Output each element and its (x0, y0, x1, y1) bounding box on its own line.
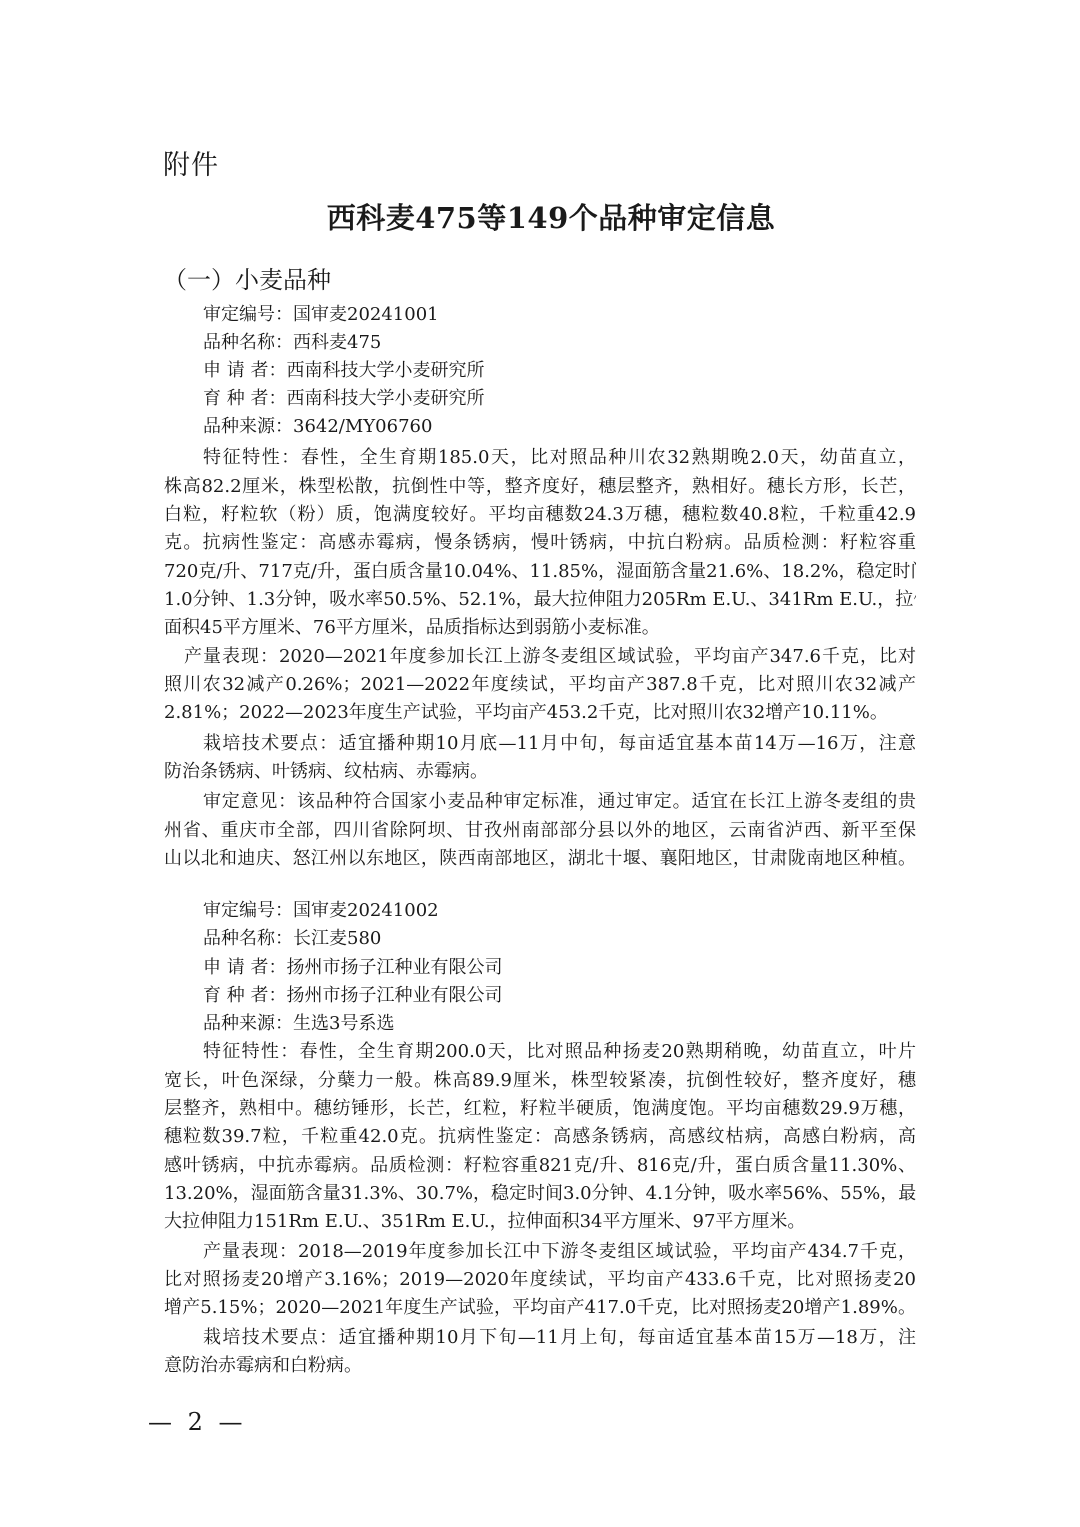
cultivation-text: 防治条锈病、叶锈病、纹枯病、赤霉病。 (164, 758, 916, 786)
characteristics-text: 株高82.2厘米，株型松散，抗倒性中等，整齐度好，穗层整齐，熟相好。穗长方形，长… (164, 473, 916, 501)
characteristics-text: 穗粒数39.7粒，千粒重42.0克。抗病性鉴定：高感条锈病，高感纹枯病，高感白粉… (164, 1123, 916, 1151)
characteristics-text: 大拉伸阻力151Rm E.U.、351Rm E.U.，拉伸面积34平方厘米、97… (164, 1208, 916, 1236)
characteristics-text: 层整齐，熟相中。穗纺锤形，长芒，红粒，籽粒半硬质，饱满度饱。平均亩穗数29.9万… (164, 1095, 916, 1123)
characteristics-text: 1.0分钟、1.3分钟，吸水率50.5%、52.1%，最大拉伸阻力205Rm E… (164, 586, 916, 614)
cultivation-text: 栽培技术要点：适宜播种期10月下旬—11月上旬，每亩适宜基本苗15万—18万，注 (203, 1324, 916, 1352)
characteristics-text: 克。抗病性鉴定：高感赤霉病，慢条锈病，慢叶锈病，中抗白粉病。品质检测：籽粒容重 (164, 529, 916, 557)
attachment-label: 附件 (163, 143, 219, 182)
yield-text: 照川农32减产0.26%；2021—2022年度续试，平均亩产387.8千克，比… (164, 671, 916, 699)
approval-opinion-text: 州省、重庆市全部，四川省除阿坝、甘孜州南部部分县以外的地区，云南省泸西、新平至保 (164, 817, 916, 845)
section-heading: （一）小麦品种 (163, 260, 331, 295)
cultivation-text: 栽培技术要点：适宜播种期10月底—11月中旬，每亩适宜基本苗14万—16万，注意 (203, 730, 916, 758)
characteristics-text: 13.20%，湿面筋含量31.3%、30.7%，稳定时间3.0分钟、4.1分钟，… (164, 1180, 916, 1208)
yield-text: 产量表现：2020—2021年度参加长江上游冬麦组区域试验，平均亩产347.6千… (184, 643, 916, 671)
yield-text: 比对照扬麦20增产3.16%；2019—2020年度续试，平均亩产433.6千克… (164, 1266, 916, 1294)
yield-text: 增产5.15%；2020—2021年度生产试验，平均亩产417.0千克，比对照扬… (164, 1294, 916, 1322)
characteristics-text: 感叶锈病，中抗赤霉病。品质检测：籽粒容重821克/升、816克/升，蛋白质含量1… (164, 1152, 916, 1180)
page-number: — 2 — (148, 1408, 247, 1436)
document-page: 附件 西科麦475等149个品种审定信息 （一）小麦品种 审定编号：国审麦202… (0, 0, 1080, 1527)
breeder: 育 种 者：西南科技大学小麦研究所 (203, 385, 484, 413)
variety-name: 品种名称：西科麦475 (203, 329, 381, 357)
characteristics-text: 面积45平方厘米、76平方厘米，品质指标达到弱筋小麦标准。 (164, 614, 916, 642)
document-title: 西科麦475等149个品种审定信息 (0, 196, 1080, 237)
applicant: 申 请 者：扬州市扬子江种业有限公司 (203, 954, 502, 982)
breeder: 育 种 者：扬州市扬子江种业有限公司 (203, 982, 502, 1010)
variety-source: 品种来源：生选3号系选 (203, 1010, 394, 1038)
variety-source: 品种来源：3642/MY06760 (203, 413, 432, 441)
characteristics-text: 特征特性：春性，全生育期200.0天，比对照品种扬麦20熟期稍晚，幼苗直立，叶片 (203, 1038, 916, 1066)
approval-opinion-text: 山以北和迪庆、怒江州以东地区，陕西南部地区，湖北十堰、襄阳地区，甘肃陇南地区种植… (164, 845, 916, 873)
approval-opinion-text: 审定意见：该品种符合国家小麦品种审定标准，通过审定。适宜在长江上游冬麦组的贵 (203, 788, 916, 816)
yield-text: 产量表现：2018—2019年度参加长江中下游冬麦组区域试验，平均亩产434.7… (203, 1238, 916, 1266)
yield-text: 2.81%；2022—2023年度生产试验，平均亩产453.2千克，比对照川农3… (164, 699, 916, 727)
characteristics-text: 特征特性：春性，全生育期185.0天，比对照品种川农32熟期晚2.0天，幼苗直立… (203, 444, 916, 472)
characteristics-text: 宽长，叶色深绿，分蘖力一般。株高89.9厘米，株型较紧凑，抗倒性较好，整齐度好，… (164, 1067, 916, 1095)
applicant: 申 请 者：西南科技大学小麦研究所 (203, 357, 484, 385)
variety-name: 品种名称：长江麦580 (203, 925, 381, 953)
characteristics-text: 720克/升、717克/升，蛋白质含量10.04%、11.85%，湿面筋含量21… (164, 558, 916, 586)
cultivation-text: 意防治赤霉病和白粉病。 (164, 1352, 916, 1380)
approval-number: 审定编号：国审麦20241001 (203, 301, 439, 329)
approval-number: 审定编号：国审麦20241002 (203, 897, 439, 925)
characteristics-text: 白粒，籽粒软（粉）质，饱满度较好。平均亩穗数24.3万穗，穗粒数40.8粒，千粒… (164, 501, 916, 529)
